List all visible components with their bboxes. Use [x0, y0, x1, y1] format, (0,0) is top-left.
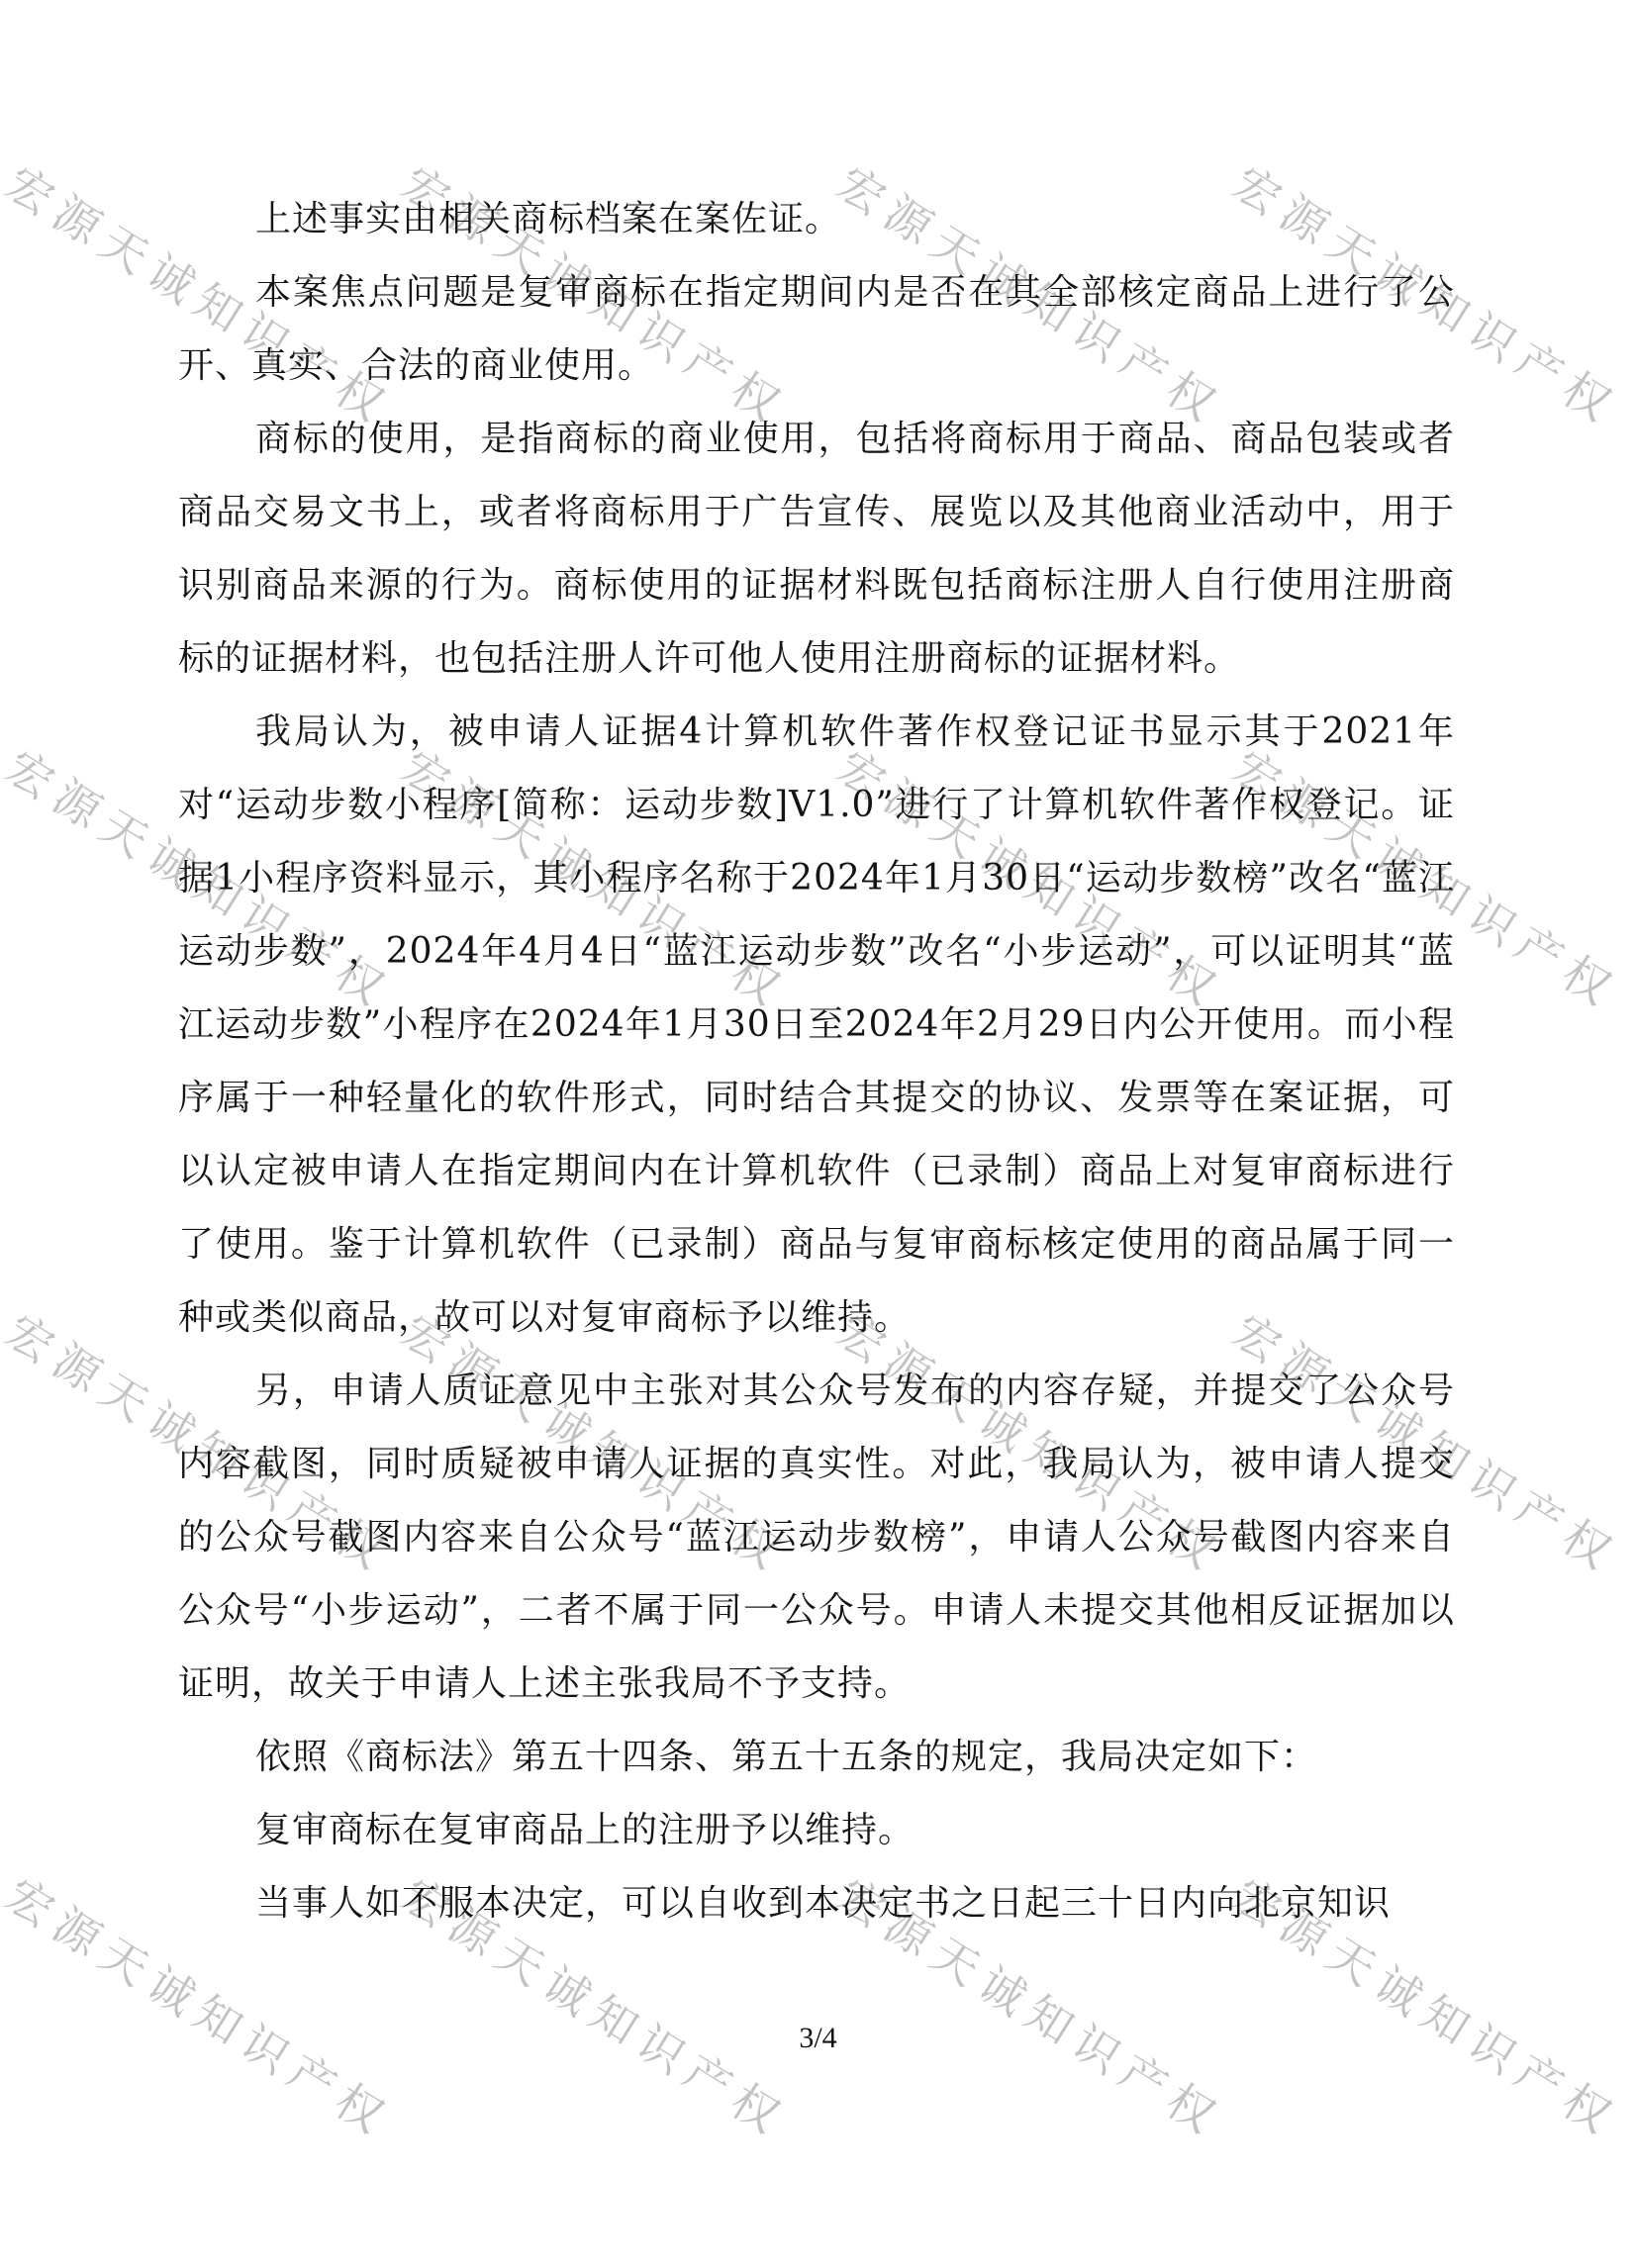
paragraph-focus-issue: 本案焦点问题是复审商标在指定期间内是否在其全部核定商品上进行了公开、真实、合法的…: [178, 256, 1455, 403]
paragraph-trademark-use-definition: 商标的使用，是指商标的商业使用，包括将商标用于商品、商品包装或者商品交易文书上，…: [178, 403, 1455, 696]
paragraph-appeal-notice: 当事人如不服本决定，可以自收到本决定书之日起三十日内向北京知识: [178, 1867, 1455, 1940]
paragraph-evidence-note: 上述事实由相关商标档案在案佐证。: [178, 183, 1455, 256]
document-page: 宏源天诚知识产权 宏源天诚知识产权 宏源天诚知识产权 宏源天诚知识产权 宏源天诚…: [0, 0, 1636, 2268]
paragraph-applicant-objection: 另，申请人质证意见中主张对其公众号发布的内容存疑，并提交了公众号内容截图，同时质…: [178, 1355, 1455, 1721]
page-number: 3/4: [0, 2022, 1636, 2055]
paragraph-decision: 复审商标在复审商品上的注册予以维持。: [178, 1794, 1455, 1867]
document-body: 上述事实由相关商标档案在案佐证。 本案焦点问题是复审商标在指定期间内是否在其全部…: [178, 183, 1455, 1940]
paragraph-legal-basis: 依照《商标法》第五十四条、第五十五条的规定，我局决定如下：: [178, 1721, 1455, 1794]
paragraph-bureau-opinion: 我局认为，被申请人证据4计算机软件著作权登记证书显示其于2021年对“运动步数小…: [178, 696, 1455, 1355]
